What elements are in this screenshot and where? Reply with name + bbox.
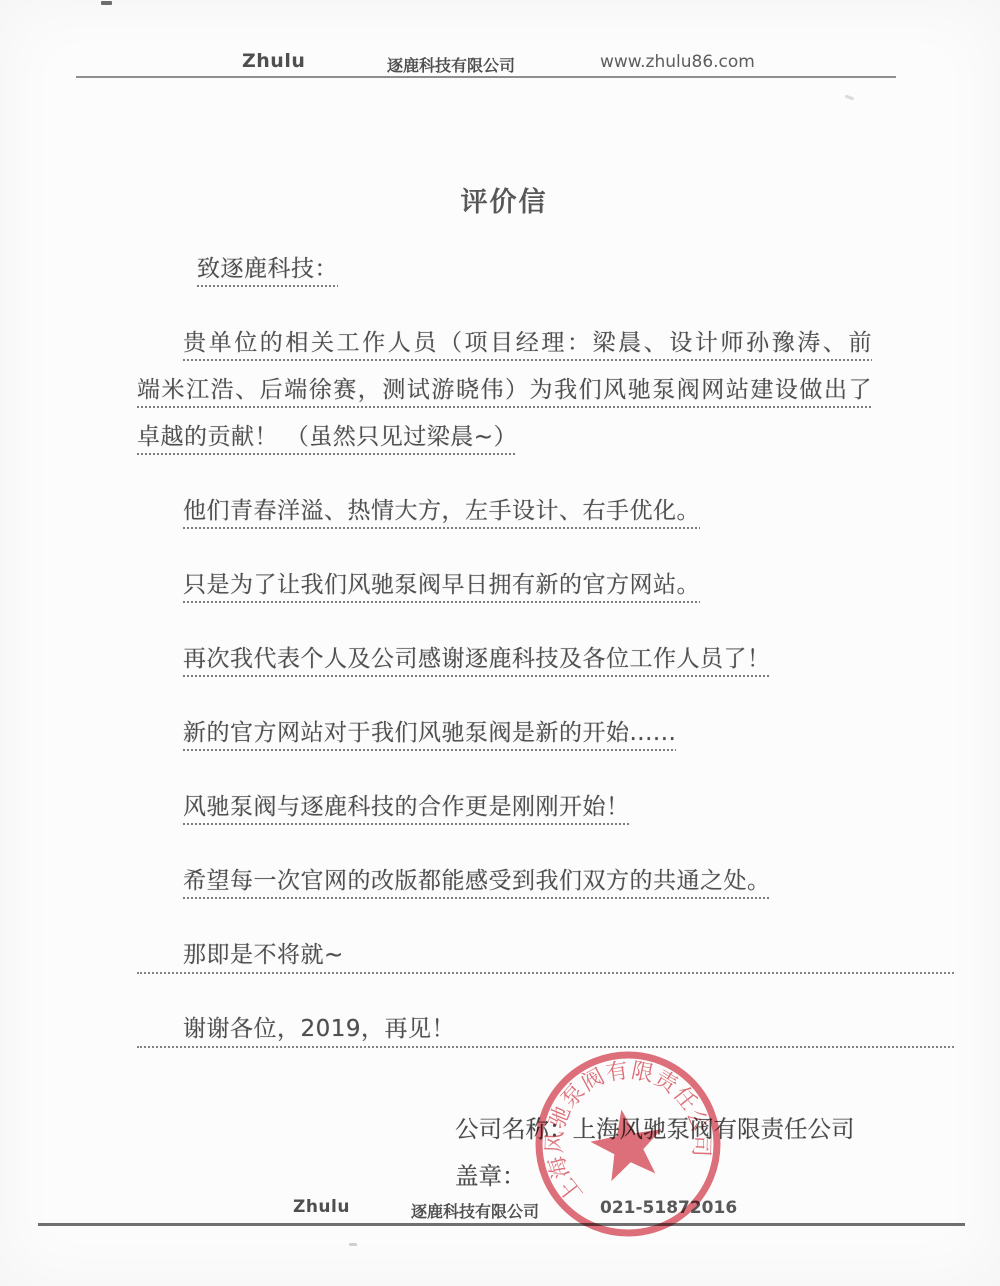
paragraph: 希望每一次官网的改版都能感受到我们双方的共通之处。 (137, 858, 872, 905)
letter-line-text: 贵单位的相关工作人员（项目经理：梁晨、设计师孙豫涛、前 (183, 330, 872, 356)
header-website-url: www.zhulu86.com (600, 52, 755, 72)
letter-line-text: 新的官方网站对于我们风驰泵阀是新的开始...... (183, 720, 676, 746)
letter-line: 致逐鹿科技： (137, 246, 872, 293)
paragraph: 风驰泵阀与逐鹿科技的合作更是刚刚开始！ (137, 784, 872, 831)
scanned-letter-page: Zhulu 逐鹿科技有限公司 www.zhulu86.com 评价信 致逐鹿科技… (0, 0, 1000, 1286)
letter-line: 卓越的贡献！ （虽然只见过梁晨~） (137, 414, 872, 461)
paragraph: 贵单位的相关工作人员（项目经理：梁晨、设计师孙豫涛、前端米江浩、后端徐赛，测试游… (137, 320, 872, 461)
letter-body: 致逐鹿科技：贵单位的相关工作人员（项目经理：梁晨、设计师孙豫涛、前端米江浩、后端… (137, 246, 872, 1080)
paragraph: 致逐鹿科技： (137, 246, 872, 293)
scan-artifact (845, 95, 854, 101)
letter-line-text: 风驰泵阀与逐鹿科技的合作更是刚刚开始！ (183, 794, 630, 820)
scan-artifact (101, 1, 112, 5)
letter-line: 新的官方网站对于我们风驰泵阀是新的开始...... (137, 710, 872, 757)
star-icon (586, 1103, 669, 1183)
letter-line-text: 他们青春洋溢、热情大方，左手设计、右手优化。 (183, 498, 700, 524)
letter-line: 再次我代表个人及公司感谢逐鹿科技及各位工作人员了！ (137, 636, 872, 683)
letter-line: 那即是不将就~ (137, 932, 872, 979)
paragraph: 只是为了让我们风驰泵阀早日拥有新的官方网站。 (137, 562, 872, 609)
footer-brand-logo: Zhulu (293, 1197, 350, 1217)
footer-rule (38, 1223, 965, 1226)
header-company-name: 逐鹿科技有限公司 (387, 53, 515, 76)
letter-line: 端米江浩、后端徐赛，测试游晓伟）为我们风驰泵阀网站建设做出了 (137, 367, 872, 414)
letter-line: 谢谢各位，2019，再见！ (137, 1006, 872, 1053)
paragraph: 再次我代表个人及公司感谢逐鹿科技及各位工作人员了！ (137, 636, 872, 683)
paragraph: 他们青春洋溢、热情大方，左手设计、右手优化。 (137, 488, 872, 535)
letter-line: 他们青春洋溢、热情大方，左手设计、右手优化。 (137, 488, 872, 535)
letter-title: 评价信 (0, 180, 1000, 219)
paragraph: 谢谢各位，2019，再见！ (137, 1006, 872, 1053)
letter-line: 希望每一次官网的改版都能感受到我们双方的共通之处。 (137, 858, 872, 905)
letter-line-text: 再次我代表个人及公司感谢逐鹿科技及各位工作人员了！ (183, 646, 771, 672)
paragraph: 那即是不将就~ (137, 932, 872, 979)
letter-line-text: 那即是不将就~ (183, 942, 344, 968)
company-seal-stamp: 上海风驰泵阀有限责任公司 (528, 1044, 728, 1244)
letter-line-text: 只是为了让我们风驰泵阀早日拥有新的官方网站。 (183, 572, 700, 598)
letter-line-text: 卓越的贡献！ （虽然只见过梁晨~） (137, 424, 517, 450)
letter-line-text: 希望每一次官网的改版都能感受到我们双方的共通之处。 (183, 868, 771, 894)
letter-line: 只是为了让我们风驰泵阀早日拥有新的官方网站。 (137, 562, 872, 609)
letter-line-text: 致逐鹿科技： (197, 256, 338, 282)
header-brand-logo: Zhulu (242, 50, 305, 72)
letter-line: 风驰泵阀与逐鹿科技的合作更是刚刚开始！ (137, 784, 872, 831)
scan-artifact (349, 1243, 357, 1246)
letter-line-text: 谢谢各位，2019，再见！ (183, 1016, 455, 1042)
letter-line-text: 端米江浩、后端徐赛，测试游晓伟）为我们风驰泵阀网站建设做出了 (137, 377, 872, 403)
header-rule (76, 76, 896, 78)
footer-company-name: 逐鹿科技有限公司 (411, 1199, 539, 1222)
letter-line: 贵单位的相关工作人员（项目经理：梁晨、设计师孙豫涛、前 (137, 320, 872, 367)
paragraph: 新的官方网站对于我们风驰泵阀是新的开始...... (137, 710, 872, 757)
